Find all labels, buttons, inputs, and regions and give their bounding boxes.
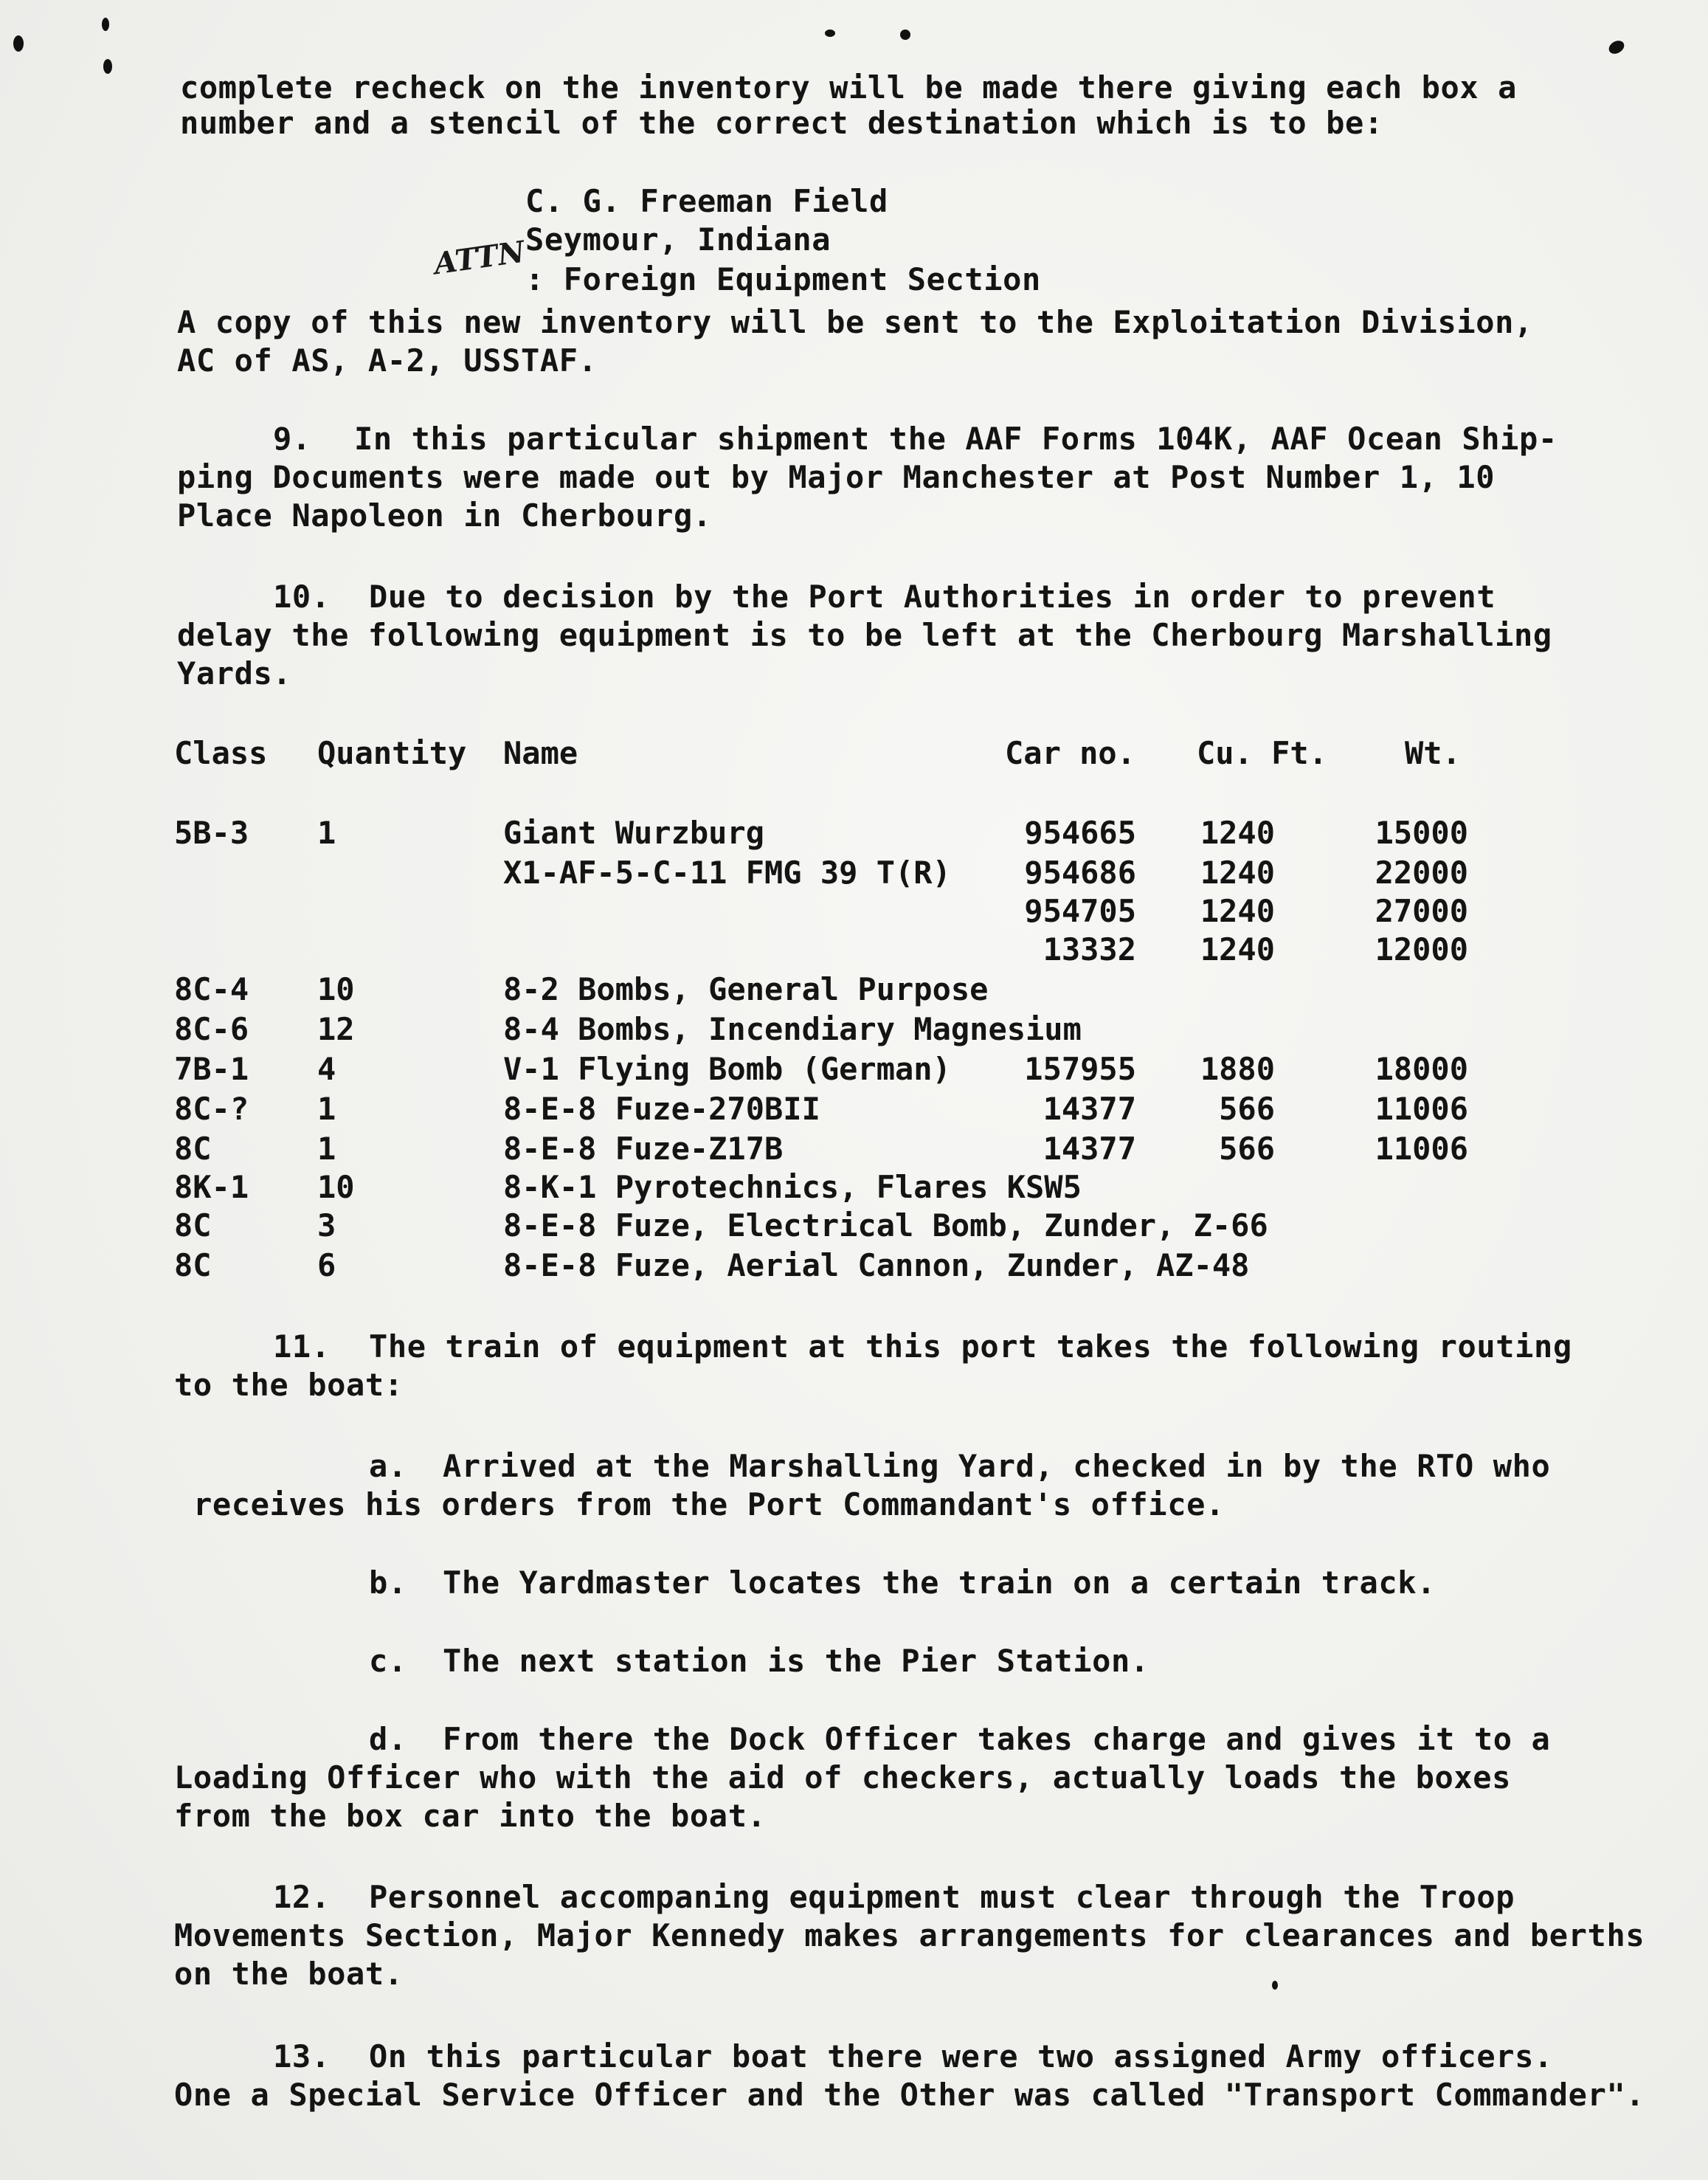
paragraph-number: 9. (273, 421, 311, 458)
paragraph-number: 10. (273, 579, 331, 615)
text-line: The train of equipment at this port take… (369, 1328, 1572, 1365)
text-line: From there the Dock Officer takes charge… (443, 1721, 1550, 1758)
table-header: Quantity (317, 735, 466, 772)
text-line: ping Documents were made out by Major Ma… (177, 459, 1495, 496)
table-cell-name: 8-4 Bombs, Incendiary Magnesium (503, 1011, 1082, 1048)
address-line: : Foreign Equipment Section (525, 261, 1041, 298)
text-line: Personnel accompaning equipment must cle… (369, 1879, 1515, 1916)
ink-speck (13, 35, 24, 52)
text-line: receives his orders from the Port Comman… (193, 1486, 1225, 1523)
item-letter: b. (369, 1565, 407, 1601)
table-cell-name: 8-K-1 Pyrotechnics, Flares KSW5 (503, 1169, 1082, 1206)
text-line: AC of AS, A-2, USSTAF. (177, 342, 598, 379)
table-cell-wt: 12000 (1247, 931, 1468, 968)
ink-speck (102, 18, 109, 31)
table-cell-qty: 1 (317, 1131, 336, 1167)
table-cell-cuft: 1240 (1054, 815, 1275, 852)
text-line: Yards. (177, 655, 291, 692)
table-header: Cu. Ft. (1197, 735, 1327, 772)
table-cell-qty: 10 (317, 1169, 355, 1206)
text-line: from the box car into the boat. (174, 1798, 766, 1835)
text-line: On this particular boat there were two a… (369, 2038, 1553, 2075)
text-line: Place Napoleon in Cherbourg. (177, 497, 712, 534)
text-line: Loading Officer who with the aid of chec… (174, 1759, 1511, 1796)
table-cell-name: X1-AF-5-C-11 FMG 39 T(R) (503, 855, 951, 891)
table-cell-cuft: 566 (1054, 1091, 1275, 1128)
table-cell-cuft: 566 (1054, 1131, 1275, 1167)
text-line: The Yardmaster locates the train on a ce… (443, 1565, 1436, 1601)
item-letter: c. (369, 1643, 407, 1680)
table-cell-wt: 15000 (1247, 815, 1468, 852)
table-cell-class: 8C (174, 1131, 212, 1167)
address-line: Seymour, Indiana (525, 221, 831, 258)
text-line: A copy of this new inventory will be sen… (177, 304, 1533, 341)
text-line: Movements Section, Major Kennedy makes a… (174, 1917, 1645, 1954)
table-cell-name: 8-E-8 Fuze-270BII (503, 1091, 820, 1128)
table-cell-wt: 22000 (1247, 855, 1468, 891)
table-header: Class (174, 735, 267, 772)
table-cell-class: 8K-1 (174, 1169, 249, 1206)
text-line: delay the following equipment is to be l… (177, 617, 1552, 654)
table-cell-wt: 18000 (1247, 1051, 1468, 1088)
table-cell-class: 8C-4 (174, 971, 249, 1008)
table-header: Wt. (1405, 735, 1461, 772)
ink-speck (825, 30, 835, 37)
table-cell-class: 5B-3 (174, 815, 249, 852)
ink-speck (900, 30, 910, 40)
text-line: In this particular shipment the AAF Form… (354, 421, 1557, 458)
table-cell-cuft: 1880 (1054, 1051, 1275, 1088)
address-line: C. G. Freeman Field (525, 183, 888, 220)
paragraph-number: 12. (273, 1879, 331, 1916)
table-cell-name: V-1 Flying Bomb (German) (503, 1051, 951, 1088)
text-line: One a Special Service Officer and the Ot… (174, 2077, 1645, 2114)
table-header: Car no. (1005, 735, 1135, 772)
table-cell-cuft: 1240 (1054, 931, 1275, 968)
table-header: Name (503, 735, 578, 772)
table-cell-class: 7B-1 (174, 1051, 249, 1088)
table-cell-wt: 27000 (1247, 893, 1468, 930)
table-cell-name: 8-2 Bombs, General Purpose (503, 971, 988, 1008)
table-cell-qty: 6 (317, 1247, 336, 1284)
table-cell-name: Giant Wurzburg (503, 815, 764, 852)
table-cell-qty: 10 (317, 971, 355, 1008)
table-cell-name: 8-E-8 Fuze-Z17B (503, 1131, 783, 1167)
text-line: number and a stencil of the correct dest… (180, 105, 1383, 142)
table-cell-wt: 11006 (1247, 1131, 1468, 1167)
text-line: Due to decision by the Port Authorities … (369, 579, 1496, 615)
paragraph-number: 11. (273, 1328, 331, 1365)
table-cell-class: 8C-6 (174, 1011, 249, 1048)
text-line: The next station is the Pier Station. (443, 1643, 1149, 1680)
table-cell-qty: 1 (317, 815, 336, 852)
table-cell-class: 8C (174, 1247, 212, 1284)
table-cell-qty: 1 (317, 1091, 336, 1128)
text-line: Arrived at the Marshalling Yard, checked… (443, 1448, 1550, 1485)
ink-speck (103, 59, 112, 74)
item-letter: a. (369, 1448, 407, 1485)
table-cell-qty: 12 (317, 1011, 355, 1048)
document-page: complete recheck on the inventory will b… (0, 0, 1708, 2180)
item-letter: d. (369, 1721, 407, 1758)
paragraph-number: 13. (273, 2038, 331, 2075)
text-line: complete recheck on the inventory will b… (180, 69, 1517, 106)
table-cell-class: 8C (174, 1207, 212, 1244)
handwritten-attn: ATTN (432, 235, 527, 282)
ink-speck (1272, 1981, 1278, 1990)
table-cell-wt: 11006 (1247, 1091, 1468, 1128)
text-line: on the boat. (174, 1956, 404, 1993)
table-cell-qty: 4 (317, 1051, 336, 1088)
table-cell-cuft: 1240 (1054, 893, 1275, 930)
ink-speck (1606, 38, 1626, 57)
table-cell-name: 8-E-8 Fuze, Electrical Bomb, Zunder, Z-6… (503, 1207, 1268, 1244)
table-cell-class: 8C-? (174, 1091, 249, 1128)
table-cell-cuft: 1240 (1054, 855, 1275, 891)
text-line: to the boat: (174, 1367, 404, 1404)
table-cell-name: 8-E-8 Fuze, Aerial Cannon, Zunder, AZ-48 (503, 1247, 1249, 1284)
table-cell-qty: 3 (317, 1207, 336, 1244)
